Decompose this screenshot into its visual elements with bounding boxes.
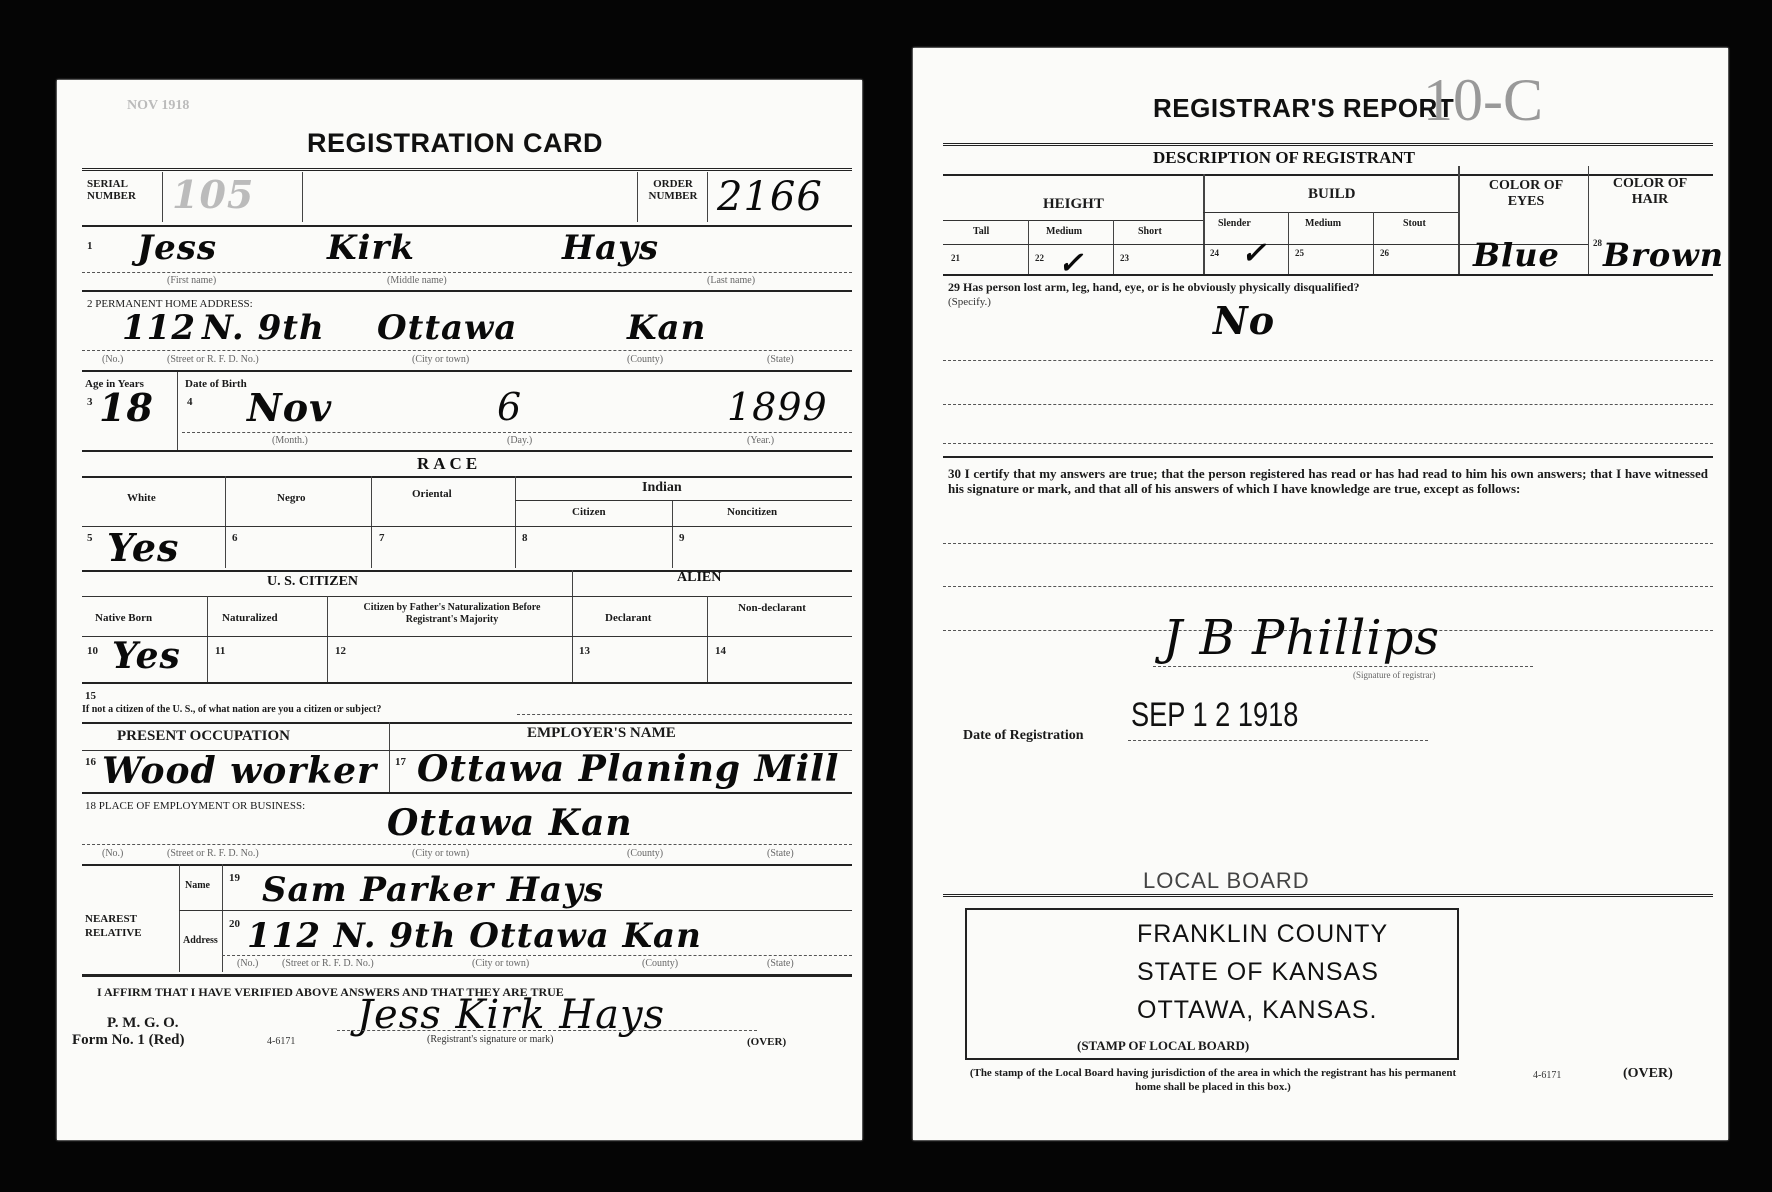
field-number: 3 [87,396,93,408]
caption: (Street or R. F. D. No.) [167,354,259,365]
caption: (No.) [237,958,258,969]
employment-place-label: 18 PLACE OF EMPLOYMENT OR BUSINESS: [85,800,305,812]
field-number: 17 [395,756,406,768]
field-number: 19 [229,872,240,884]
hair-header: COLOR OF HAIR [1605,176,1695,208]
field-number: 12 [335,645,346,657]
caption: (Day.) [507,435,532,446]
registrar-signature: J B Phillips [1163,610,1440,666]
race-header: Negro [277,492,306,504]
caption: (City or town) [412,354,469,365]
stamp-caption: (STAMP OF LOCAL BOARD) [1077,1038,1249,1054]
height-header: HEIGHT [1043,196,1104,213]
field-number: 28 [1593,238,1602,248]
field-number: 14 [715,645,726,657]
over-label: (OVER) [747,1036,786,1048]
stamp-box: FRANKLIN COUNTY STATE OF KANSAS OTTAWA, … [965,908,1459,1060]
home-address-county: Kan [627,308,706,348]
order-number-label: ORDER NUMBER [643,178,703,202]
over-label: (OVER) [1623,1066,1673,1082]
build-col: Medium [1305,218,1341,229]
field-number: 26 [1380,248,1389,258]
caption: (Year.) [747,435,774,446]
stamp-line: STATE OF KANSAS [1137,958,1379,987]
local-board-stamp: LOCAL BOARD [1143,868,1310,894]
race-title: RACE [417,454,481,474]
dob-year: 1899 [727,385,828,429]
height-col: Short [1138,226,1162,237]
form-id-number: Form No. 1 (Red) [72,1032,184,1049]
form-code: 4-6171 [267,1036,295,1047]
form-id-pmgo: P. M. G. O. [107,1015,179,1032]
field-number: 4 [187,396,193,408]
relative-address-value: 112 N. 9th Ottawa Kan [247,916,702,956]
caption: (Middle name) [387,275,447,286]
nationality-question: If not a citizen of the U. S., of what n… [82,704,381,715]
stamp-line: OTTAWA, KANSAS. [1137,996,1378,1025]
race-header: Noncitizen [727,506,777,518]
citizen-header: Non-declarant [737,602,807,615]
field-number: 16 [85,756,96,768]
description-title: DESCRIPTION OF REGISTRANT [1153,148,1415,168]
field-number: 20 [229,918,240,930]
report-title: REGISTRAR'S REPORT [1153,93,1454,124]
field-number: 8 [522,532,528,544]
field-number: 5 [87,532,93,544]
caption: (No.) [102,354,123,365]
registration-card: NOV 1918 REGISTRATION CARD SERIAL NUMBER… [57,80,862,1140]
eyes-header: COLOR OF EYES [1481,178,1571,210]
caption: (County) [627,848,663,859]
caption: (State) [767,848,794,859]
serial-number-value: 105 [172,172,254,217]
serial-number-label: SERIAL NUMBER [87,178,157,202]
caption: (Last name) [707,275,755,286]
home-address-city: Ottawa [377,308,517,348]
race-header: Indian [642,480,682,496]
q29-specify: (Specify.) [948,296,991,308]
race-header: Citizen [572,506,606,518]
citizen-header: Naturalized [222,612,278,624]
build-header: BUILD [1308,186,1356,203]
caption: (Month.) [272,435,308,446]
registrar-caption: (Signature of registrar) [1353,670,1435,680]
caption: (State) [767,354,794,365]
age-value: 18 [99,385,154,430]
height-col: Medium [1046,226,1082,237]
occupation-header: PRESENT OCCUPATION [117,728,290,745]
occupation-value: Wood worker [102,750,377,792]
received-stamp: NOV 1918 [127,98,189,114]
caption: (No.) [102,848,123,859]
field-number: 21 [951,253,960,263]
dob-day: 6 [497,385,522,429]
alien-title: ALIEN [677,570,721,586]
signature-caption: (Registrant's signature or mark) [427,1034,554,1045]
relative-name-value: Sam Parker Hays [262,870,604,910]
middle-name: Kirk [327,228,415,268]
eyes-value: Blue [1473,236,1560,274]
relative-address-label: Address [183,935,218,946]
caption: (County) [642,958,678,969]
home-address-street: N. 9th [202,308,325,348]
q29-answer: No [1213,298,1275,343]
build-col: Slender [1218,218,1251,229]
field-number: 23 [1120,253,1129,263]
field-number: 9 [679,532,685,544]
corner-stamp: 10-C [1423,66,1543,135]
caption: (City or town) [472,958,529,969]
citizen-header: Declarant [605,612,651,624]
employment-place-value: Ottawa Kan [387,802,633,844]
q30-text: 30 I certify that my answers are true; t… [948,466,1708,496]
nearest-relative-label: NEAREST RELATIVE [85,912,155,940]
hair-value: Brown [1603,236,1724,274]
relative-name-label: Name [185,880,210,891]
race-header: Oriental [412,488,452,500]
last-name: Hays [562,228,659,268]
citizen-header: Citizen by Father's Naturalization Befor… [347,602,557,626]
native-born-value: Yes [112,635,181,677]
card-title: REGISTRATION CARD [307,128,603,159]
registrars-report-card: REGISTRAR'S REPORT 10-C DESCRIPTION OF R… [913,48,1728,1140]
dob-label: Date of Birth [185,378,247,390]
field-number: 1 [87,240,93,252]
race-white-value: Yes [107,525,179,570]
q29-text: 29 Has person lost arm, leg, hand, eye, … [948,280,1718,295]
caption: (First name) [167,275,216,286]
field-number: 24 [1210,248,1219,258]
caption: (Street or R. F. D. No.) [282,958,374,969]
registrant-signature: Jess Kirk Hays [357,992,665,1038]
field-number: 10 [87,645,98,657]
caption: (City or town) [412,848,469,859]
height-col: Tall [973,226,989,237]
order-number-value: 2166 [717,174,823,220]
field-number: 11 [215,645,225,657]
field-number: 13 [579,645,590,657]
dob-month: Nov [247,385,332,430]
us-citizen-title: U. S. CITIZEN [267,574,358,590]
citizen-header: Native Born [95,612,152,624]
field-number: 7 [379,532,385,544]
caption: (State) [767,958,794,969]
first-name: Jess [137,228,217,268]
stamp-footnote: (The stamp of the Local Board having jur… [963,1066,1463,1094]
field-number: 15 [85,690,96,702]
employer-header: EMPLOYER'S NAME [527,725,676,742]
field-number: 6 [232,532,238,544]
field-number: 25 [1295,248,1304,258]
caption: (Street or R. F. D. No.) [167,848,259,859]
caption: (County) [627,354,663,365]
stamp-line: FRANKLIN COUNTY [1137,920,1388,949]
employer-value: Ottawa Planing Mill [417,748,839,790]
race-header: White [127,492,156,504]
field-number: 22 [1035,253,1044,263]
build-slender-check: ✓ [1241,236,1267,271]
date-value: SEP 1 2 1918 [1131,696,1298,735]
home-address-number: 112 [122,308,196,348]
form-code: 4-6171 [1533,1070,1561,1081]
build-col: Stout [1403,218,1426,229]
date-label: Date of Registration [963,728,1084,744]
